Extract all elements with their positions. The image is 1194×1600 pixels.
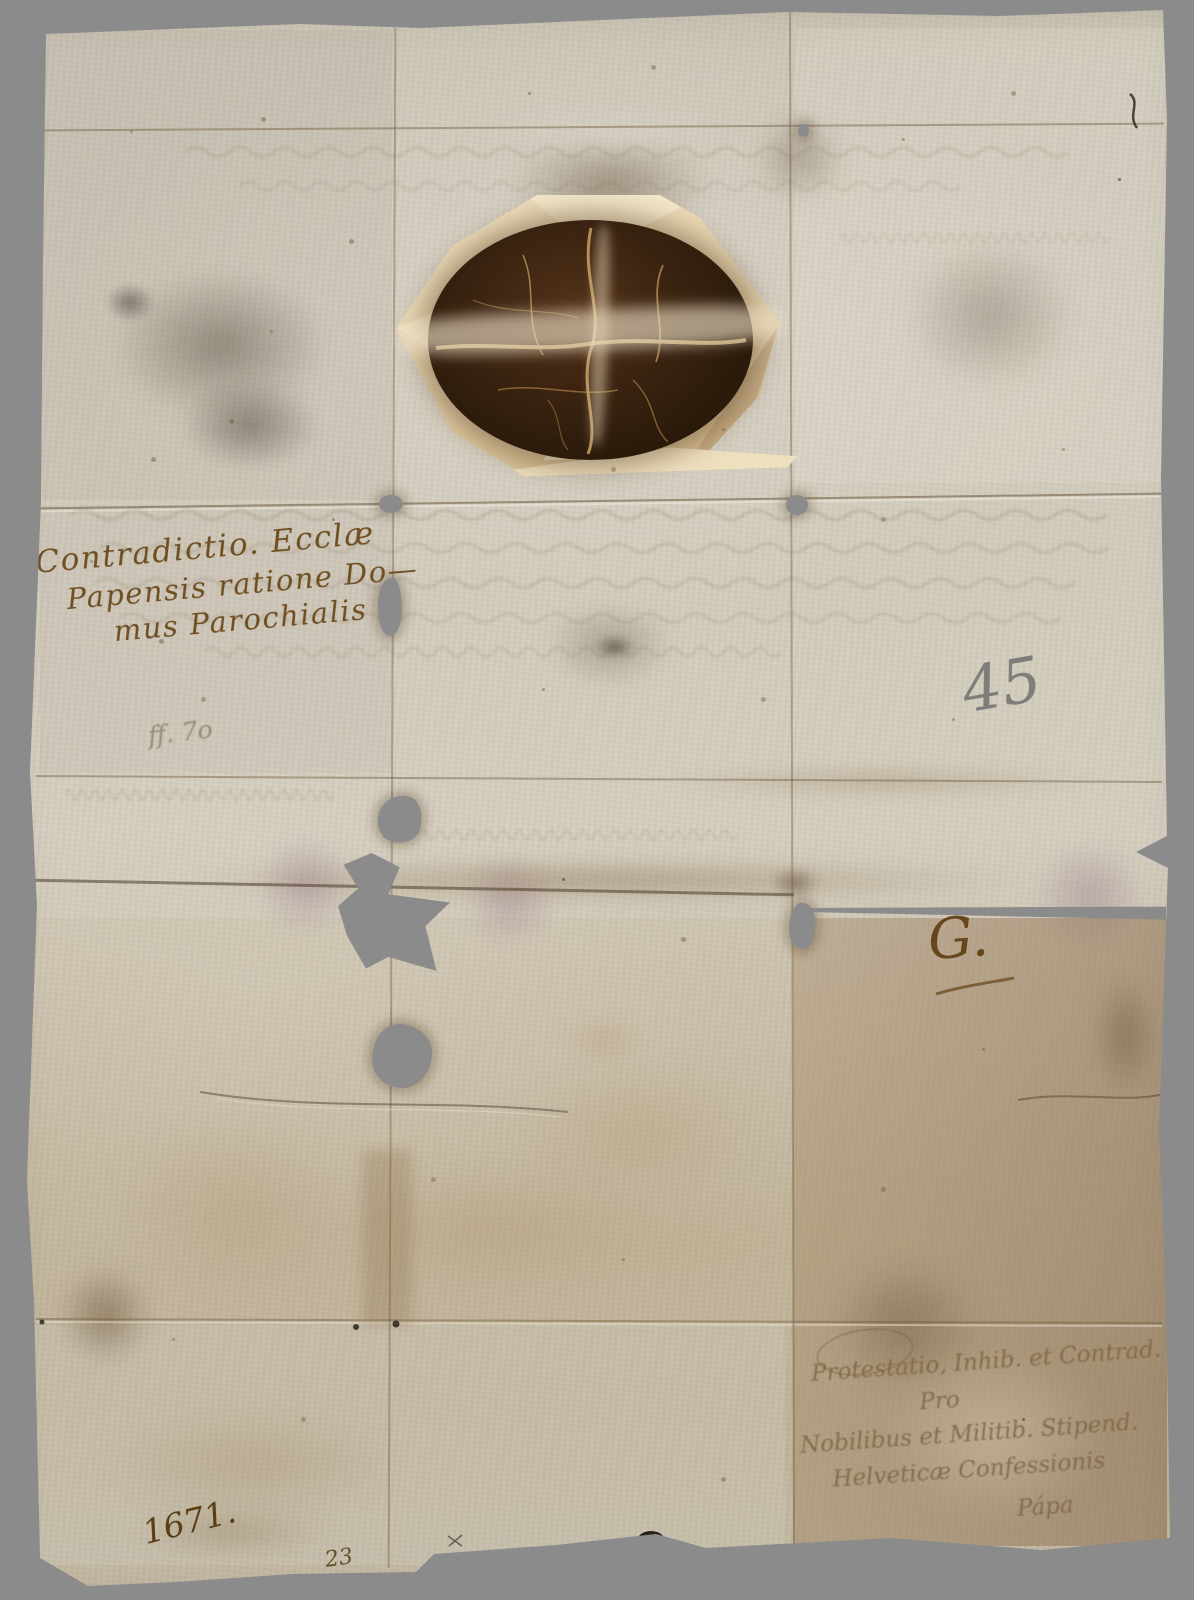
annotation-initial-g: G. — [926, 904, 991, 973]
stain — [760, 860, 830, 906]
fold-stain-band — [600, 758, 1160, 804]
water-stain — [465, 1035, 805, 1230]
tear-crack — [1018, 1094, 1164, 1100]
stain — [870, 210, 1110, 420]
stain — [520, 585, 700, 705]
fold-stain-band — [55, 850, 1145, 910]
paper-hole — [798, 124, 809, 137]
annotation-pencil-number: 45 — [956, 642, 1046, 728]
annotation-line: Pápa — [1016, 1481, 1176, 1528]
stain — [70, 240, 370, 450]
fold-line — [36, 1318, 1162, 1324]
g-underline — [936, 978, 1014, 994]
paper-hole — [373, 790, 428, 848]
stain — [95, 275, 165, 330]
scan-background: Contradictio. Ecclæ Papensis ratione Do—… — [0, 0, 1194, 1600]
panel-tint — [42, 30, 392, 500]
pen-mark — [1130, 94, 1137, 128]
annotation-folio-mark: ff. 7o — [147, 715, 214, 751]
fold-highlight — [36, 1321, 1162, 1327]
annotation-year: 1671. — [139, 1491, 240, 1552]
fold-ink-dot — [353, 1324, 359, 1330]
paper-hole — [372, 1024, 432, 1088]
water-stain — [90, 1150, 1150, 1330]
stain — [735, 95, 865, 220]
tear-crack-highlight — [215, 1098, 560, 1117]
fold-shade — [362, 1150, 412, 1325]
wax-seal — [428, 220, 753, 460]
paper-hole — [786, 495, 808, 515]
paper-hole — [338, 853, 450, 971]
stain — [150, 360, 350, 490]
annotation-title-block: Contradictio. Ecclæ Papensis ratione Do—… — [34, 512, 423, 655]
mauve-stain — [445, 835, 575, 965]
water-stain — [270, 1145, 700, 1310]
fold-ink-dot — [393, 1321, 400, 1328]
fold-highlight — [40, 496, 1162, 513]
paper-speckles — [0, 0, 3, 3]
fold-line — [36, 775, 1162, 783]
tear-crack — [200, 1092, 568, 1112]
stain — [1078, 950, 1173, 1120]
annotation-page-number: 23 — [323, 1544, 354, 1573]
fold-ink-dot — [40, 1320, 45, 1325]
fold-line-vertical — [789, 12, 795, 1544]
tear-crease — [34, 879, 794, 897]
panel-tint — [795, 28, 1165, 483]
fold-line — [42, 123, 1164, 132]
stain — [55, 1385, 445, 1545]
water-stain — [65, 1085, 405, 1335]
stain — [585, 630, 645, 664]
paper-hole — [379, 495, 403, 513]
stain — [40, 1245, 170, 1385]
light-patch — [430, 95, 790, 170]
ink-blot-streak — [640, 1556, 666, 1560]
cross-mark — [448, 1535, 462, 1546]
fold-line — [40, 493, 1162, 510]
mauve-stain — [1010, 820, 1170, 970]
stain — [545, 1005, 665, 1075]
ink-blot — [636, 1531, 666, 1555]
letter-verso-sheet: Contradictio. Ecclæ Papensis ratione Do—… — [0, 0, 1194, 1600]
annotation-protest-block: Protestatio, Inhib. et Contrad. Pro Nobi… — [794, 1332, 1176, 1542]
seal-cracks — [428, 220, 753, 460]
